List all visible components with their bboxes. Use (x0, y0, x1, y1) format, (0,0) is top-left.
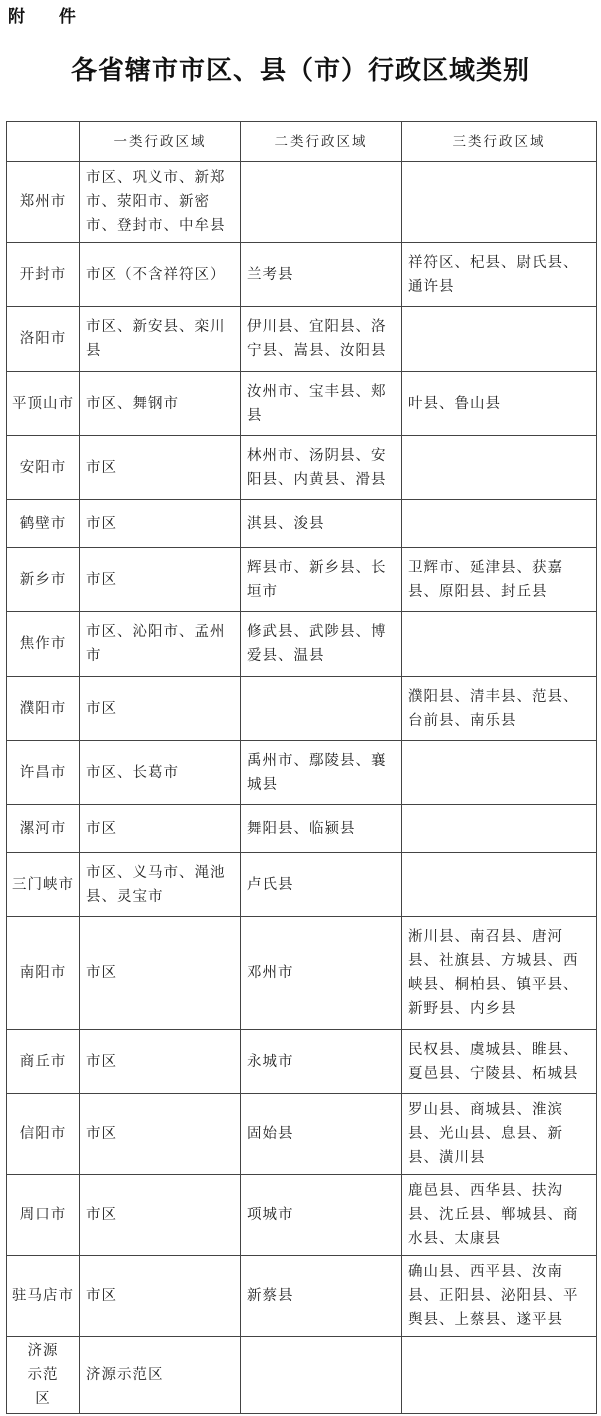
class3-cell (402, 853, 597, 917)
table-row: 平顶山市市区、舞钢市汝州市、宝丰县、郏县叶县、鲁山县 (7, 372, 597, 436)
class3-cell: 祥符区、杞县、尉氏县、通许县 (402, 243, 597, 307)
class3-cell: 卫辉市、延津县、获嘉县、原阳县、封丘县 (402, 548, 597, 612)
city-cell: 平顶山市 (7, 372, 80, 436)
class1-cell: 市区 (80, 500, 241, 548)
table-row: 三门峡市市区、义马市、渑池县、灵宝市卢氏县 (7, 853, 597, 917)
class2-cell: 修武县、武陟县、博爱县、温县 (241, 612, 402, 677)
class2-cell: 淇县、浚县 (241, 500, 402, 548)
city-cell: 三门峡市 (7, 853, 80, 917)
class3-cell: 叶县、鲁山县 (402, 372, 597, 436)
class3-cell: 濮阳县、清丰县、范县、台前县、南乐县 (402, 677, 597, 741)
city-cell: 洛阳市 (7, 307, 80, 372)
city-cell: 濮阳市 (7, 677, 80, 741)
class1-cell: 市区 (80, 677, 241, 741)
header-class2: 二类行政区域 (241, 122, 402, 162)
class3-cell: 鹿邑县、西华县、扶沟县、沈丘县、郸城县、商水县、太康县 (402, 1175, 597, 1256)
class2-cell: 新蔡县 (241, 1256, 402, 1337)
table-row: 许昌市市区、长葛市禹州市、鄢陵县、襄城县 (7, 741, 597, 805)
class3-cell: 民权县、虞城县、睢县、夏邑县、宁陵县、柘城县 (402, 1030, 597, 1094)
class1-cell: 市区、沁阳市、孟州市 (80, 612, 241, 677)
attachment-label: 附 件 (8, 2, 90, 27)
table-row: 商丘市市区永城市民权县、虞城县、睢县、夏邑县、宁陵县、柘城县 (7, 1030, 597, 1094)
class2-cell: 兰考县 (241, 243, 402, 307)
class1-cell: 市区、舞钢市 (80, 372, 241, 436)
class3-cell: 淅川县、南召县、唐河县、社旗县、方城县、西峡县、桐柏县、镇平县、新野县、内乡县 (402, 917, 597, 1030)
class1-cell: 市区、新安县、栾川县 (80, 307, 241, 372)
table-row: 南阳市市区邓州市淅川县、南召县、唐河县、社旗县、方城县、西峡县、桐柏县、镇平县、… (7, 917, 597, 1030)
city-cell: 焦作市 (7, 612, 80, 677)
table-row: 济源示范区济源示范区 (7, 1337, 597, 1414)
header-class1: 一类行政区域 (80, 122, 241, 162)
class2-cell: 汝州市、宝丰县、郏县 (241, 372, 402, 436)
class1-cell: 市区、义马市、渑池县、灵宝市 (80, 853, 241, 917)
class2-cell: 邓州市 (241, 917, 402, 1030)
class2-cell: 舞阳县、临颍县 (241, 805, 402, 853)
table-row: 开封市市区（不含祥符区）兰考县祥符区、杞县、尉氏县、通许县 (7, 243, 597, 307)
table-row: 驻马店市市区新蔡县确山县、西平县、汝南县、正阳县、泌阳县、平舆县、上蔡县、遂平县 (7, 1256, 597, 1337)
class2-cell: 卢氏县 (241, 853, 402, 917)
class1-cell: 市区、长葛市 (80, 741, 241, 805)
header-city (7, 122, 80, 162)
class1-cell: 市区 (80, 1175, 241, 1256)
table-row: 安阳市市区林州市、汤阴县、安阳县、内黄县、滑县 (7, 436, 597, 500)
class2-cell: 项城市 (241, 1175, 402, 1256)
class2-cell: 伊川县、宜阳县、洛宁县、嵩县、汝阳县 (241, 307, 402, 372)
class2-cell: 固始县 (241, 1094, 402, 1175)
class3-cell (402, 436, 597, 500)
class2-cell: 林州市、汤阴县、安阳县、内黄县、滑县 (241, 436, 402, 500)
city-cell: 周口市 (7, 1175, 80, 1256)
table-row: 信阳市市区固始县罗山县、商城县、淮滨县、光山县、息县、新县、潢川县 (7, 1094, 597, 1175)
region-category-table: 一类行政区域 二类行政区域 三类行政区域 郑州市市区、巩义市、新郑市、荥阳市、新… (6, 121, 597, 1414)
table-row: 郑州市市区、巩义市、新郑市、荥阳市、新密市、登封市、中牟县 (7, 162, 597, 243)
class1-cell: 市区 (80, 548, 241, 612)
class1-cell: 济源示范区 (80, 1337, 241, 1414)
class3-cell (402, 162, 597, 243)
table-row: 濮阳市市区濮阳县、清丰县、范县、台前县、南乐县 (7, 677, 597, 741)
page-title: 各省辖市市区、县（市）行政区域类别 (0, 50, 601, 87)
table-row: 漯河市市区舞阳县、临颍县 (7, 805, 597, 853)
city-cell: 郑州市 (7, 162, 80, 243)
class1-cell: 市区 (80, 1094, 241, 1175)
city-cell: 信阳市 (7, 1094, 80, 1175)
city-cell: 济源示范区 (7, 1337, 80, 1414)
city-cell: 许昌市 (7, 741, 80, 805)
city-cell: 开封市 (7, 243, 80, 307)
class3-cell (402, 307, 597, 372)
city-cell: 安阳市 (7, 436, 80, 500)
table-row: 焦作市市区、沁阳市、孟州市修武县、武陟县、博爱县、温县 (7, 612, 597, 677)
city-cell: 驻马店市 (7, 1256, 80, 1337)
city-cell: 新乡市 (7, 548, 80, 612)
class1-cell: 市区、巩义市、新郑市、荥阳市、新密市、登封市、中牟县 (80, 162, 241, 243)
city-cell: 商丘市 (7, 1030, 80, 1094)
class3-cell (402, 805, 597, 853)
class3-cell (402, 612, 597, 677)
class1-cell: 市区 (80, 805, 241, 853)
class1-cell: 市区 (80, 1256, 241, 1337)
table-row: 鹤壁市市区淇县、浚县 (7, 500, 597, 548)
class3-cell (402, 1337, 597, 1414)
header-class3: 三类行政区域 (402, 122, 597, 162)
table-header-row: 一类行政区域 二类行政区域 三类行政区域 (7, 122, 597, 162)
class2-cell (241, 162, 402, 243)
class2-cell: 禹州市、鄢陵县、襄城县 (241, 741, 402, 805)
class1-cell: 市区 (80, 917, 241, 1030)
city-cell: 南阳市 (7, 917, 80, 1030)
table-row: 洛阳市市区、新安县、栾川县伊川县、宜阳县、洛宁县、嵩县、汝阳县 (7, 307, 597, 372)
class3-cell (402, 500, 597, 548)
class1-cell: 市区 (80, 1030, 241, 1094)
class1-cell: 市区（不含祥符区） (80, 243, 241, 307)
city-cell: 漯河市 (7, 805, 80, 853)
class2-cell (241, 1337, 402, 1414)
class2-cell: 辉县市、新乡县、长垣市 (241, 548, 402, 612)
class2-cell (241, 677, 402, 741)
class3-cell: 罗山县、商城县、淮滨县、光山县、息县、新县、潢川县 (402, 1094, 597, 1175)
class3-cell: 确山县、西平县、汝南县、正阳县、泌阳县、平舆县、上蔡县、遂平县 (402, 1256, 597, 1337)
class2-cell: 永城市 (241, 1030, 402, 1094)
class1-cell: 市区 (80, 436, 241, 500)
table-row: 周口市市区项城市鹿邑县、西华县、扶沟县、沈丘县、郸城县、商水县、太康县 (7, 1175, 597, 1256)
city-cell: 鹤壁市 (7, 500, 80, 548)
table-row: 新乡市市区辉县市、新乡县、长垣市卫辉市、延津县、获嘉县、原阳县、封丘县 (7, 548, 597, 612)
class3-cell (402, 741, 597, 805)
table-body: 郑州市市区、巩义市、新郑市、荥阳市、新密市、登封市、中牟县开封市市区（不含祥符区… (7, 162, 597, 1414)
